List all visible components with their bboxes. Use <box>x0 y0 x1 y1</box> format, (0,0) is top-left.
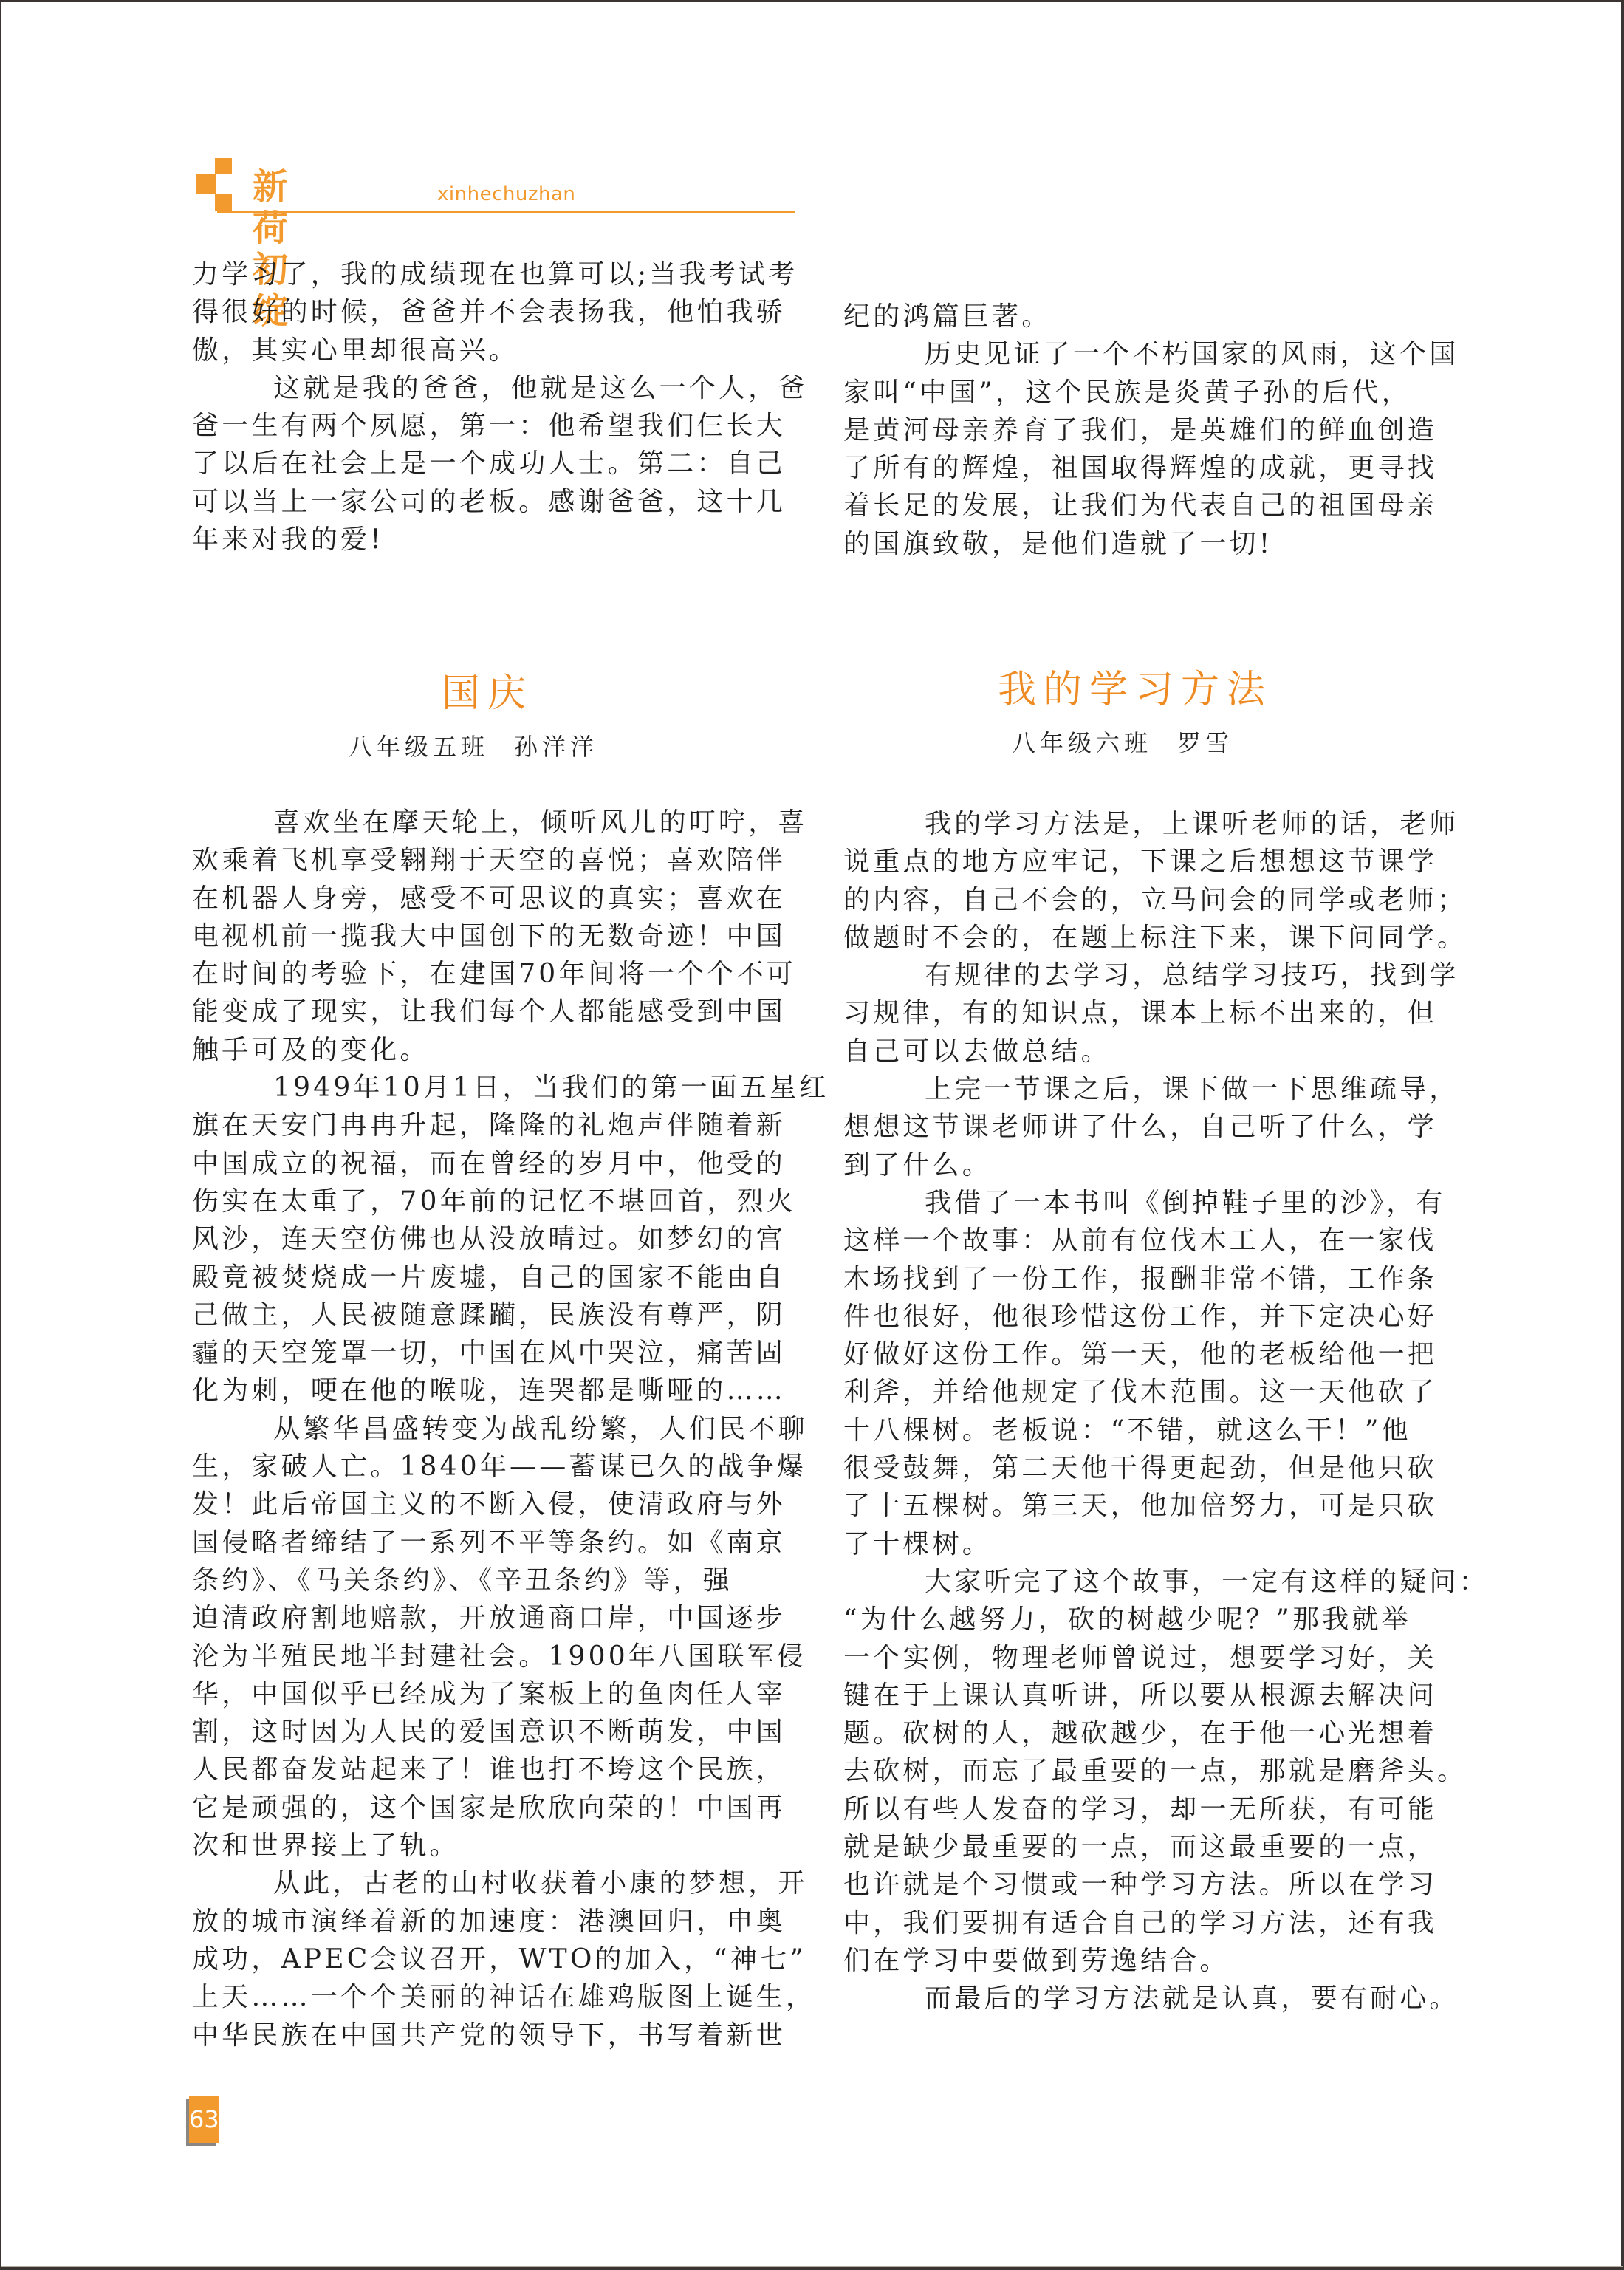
text-line: 有规律的去学习，总结学习技巧，找到学 <box>843 957 1456 994</box>
text-line: 所以有些人发奋的学习，却一无所获，有可能 <box>843 1791 1456 1828</box>
text-line: 欢乘着飞机享受翱翔于天空的喜悦；喜欢陪伴 <box>192 841 798 879</box>
text-line: 从繁华昌盛转变为战乱纷繁，人们民不聊 <box>192 1410 798 1448</box>
text-line: 历史见证了一个不朽国家的风雨，这个国 <box>843 335 1456 373</box>
header-underline <box>217 211 795 213</box>
text-line: 国侵略者缔结了一系列不平等条约。如《南京 <box>192 1524 798 1562</box>
text-line: 人民都奋发站起来了！谁也打不垮这个民族， <box>192 1751 798 1788</box>
text-line: 成功，APEC会议召开，WTO的加入，“神七” <box>192 1941 798 1978</box>
text-line: 是黄河母亲养育了我们，是英雄们的鲜血创造 <box>843 411 1456 449</box>
section-pinyin: xinhechuzhan <box>437 183 575 205</box>
text-line: “为什么越努力，砍的树越少呢？”那我就举 <box>843 1601 1456 1638</box>
text-line: 大家听完了这个故事，一定有这样的疑问： <box>843 1563 1456 1601</box>
text-line: 在机器人身旁，感受不可思议的真实；喜欢在 <box>192 880 798 917</box>
text-line: 傲，其实心里却很高兴。 <box>192 332 798 369</box>
text-line: 它是顽强的，这个国家是欣欣向荣的！中国再 <box>192 1789 798 1827</box>
text-line: 发！此后帝国主义的不断入侵，使清政府与外 <box>192 1486 798 1523</box>
text-line: 了十棵树。 <box>843 1525 1456 1563</box>
text-line: 说重点的地方应牢记，下课之后想想这节课学 <box>843 843 1456 881</box>
text-line: 们在学习中要做到劳逸结合。 <box>843 1942 1456 1980</box>
text-line: 爸一生有两个夙愿，第一：他希望我们仨长大 <box>192 407 798 445</box>
text-line: 我的学习方法是，上课听老师的话，老师 <box>843 805 1456 843</box>
article-title-guoqing: 国庆 <box>442 662 533 717</box>
text-line: 去砍树，而忘了最重要的一点，那就是磨斧头。 <box>843 1752 1456 1790</box>
text-line: 旗在天安门冉冉升起，隆隆的礼炮声伴随着新 <box>192 1107 798 1144</box>
text-line: 自己可以去做总结。 <box>843 1033 1456 1070</box>
text-line: 上天……一个个美丽的神话在雄鸡版图上诞生， <box>192 1978 798 2016</box>
text-line: 件也很好，他很珍惜这份工作，并下定决心好 <box>843 1298 1456 1336</box>
text-line: 力学习了，我的成绩现在也算可以;当我考试考 <box>192 256 798 293</box>
page-number: 63 <box>189 2096 219 2143</box>
text-line: 中华民族在中国共产党的领导下，书写着新世 <box>192 2017 798 2054</box>
text-line: 在时间的考验下，在建国70年间将一个个不可 <box>192 955 798 993</box>
text-line: 我借了一本书叫《倒掉鞋子里的沙》，有 <box>843 1184 1456 1222</box>
text-line: 也许就是个习惯或一种学习方法。所以在学习 <box>843 1866 1456 1904</box>
text-line: 这就是我的爸爸，他就是这么一个人，爸 <box>192 369 798 407</box>
text-line: 化为刺，哽在他的喉咙，连哭都是嘶哑的…… <box>192 1372 798 1409</box>
text-line: 殿竟被焚烧成一片废墟，自己的国家不能由自 <box>192 1259 798 1296</box>
text-line: 而最后的学习方法就是认真，要有耐心。 <box>843 1980 1456 2017</box>
text-line: 家叫“中国”，这个民族是炎黄子孙的后代， <box>843 374 1456 411</box>
text-line: 生，家破人亡。1840年——蓄谋已久的战争爆 <box>192 1448 798 1486</box>
article-body-guoqing: 喜欢坐在摩天轮上，倾听风儿的叮咛，喜 欢乘着飞机享受翱翔于天空的喜悦；喜欢陪伴 … <box>192 804 798 2054</box>
text-line: 了所有的辉煌，祖国取得辉煌的成就，更寻找 <box>843 449 1456 487</box>
text-line: 1949年10月1日，当我们的第一面五星红 <box>192 1069 798 1107</box>
text-line: 就是缺少最重要的一点，而这最重要的一点， <box>843 1828 1456 1866</box>
text-line: 好做好这份工作。第一天，他的老板给他一把 <box>843 1336 1456 1373</box>
text-line: 沦为半殖民地半封建社会。1900年八国联军侵 <box>192 1638 798 1675</box>
text-line: 伤实在太重了，70年前的记忆不堪回首，烈火 <box>192 1183 798 1220</box>
text-line: 的国旗致敬，是他们造就了一切! <box>843 525 1456 563</box>
text-line: 这样一个故事：从前有位伐木工人，在一家伐 <box>843 1222 1456 1259</box>
text-line: 从此，古老的山村收获着小康的梦想，开 <box>192 1864 798 1902</box>
text-line: 利斧，并给他规定了伐木范围。这一天他砍了 <box>843 1373 1456 1411</box>
text-line: 想想这节课老师讲了什么，自己听了什么，学 <box>843 1108 1456 1146</box>
text-line: 纪的鸿篇巨著。 <box>843 298 1456 335</box>
logo-square-top <box>215 158 232 174</box>
article-title-xuexi: 我的学习方法 <box>998 658 1272 714</box>
text-line: 木场找到了一份工作，报酬非常不错，工作条 <box>843 1260 1456 1298</box>
text-line: 迫清政府割地赔款，开放通商口岸，中国逐步 <box>192 1599 798 1637</box>
byline-author: 孙洋洋 <box>514 733 598 761</box>
text-line: 可以当上一家公司的老板。感谢爸爸，这十几 <box>192 483 798 521</box>
text-line: 着长足的发展，让我们为代表自己的祖国母亲 <box>843 487 1456 524</box>
text-line: 放的城市演绎着新的加速度：港澳回归，申奥 <box>192 1903 798 1941</box>
text-line: 霾的天空笼罩一切，中国在风中哭泣，痛苦固 <box>192 1334 798 1372</box>
text-line: 喜欢坐在摩天轮上，倾听风儿的叮咛，喜 <box>192 804 798 841</box>
text-line: 风沙，连天空仿佛也从没放晴过。如梦幻的宫 <box>192 1220 798 1258</box>
text-line: 做题时不会的，在题上标注下来，课下问同学。 <box>843 919 1456 957</box>
text-line: 很受鼓舞，第二天他干得更起劲，但是他只砍 <box>843 1449 1456 1487</box>
text-line: 了十五棵树。第三天，他加倍努力，可是只砍 <box>843 1487 1456 1525</box>
text-line: 习规律，有的知识点，课本上标不出来的，但 <box>843 994 1456 1032</box>
text-line: 条约》、《马关条约》、《辛丑条约》等，强 <box>192 1562 798 1599</box>
article-body-xuexi: 我的学习方法是，上课听老师的话，老师 说重点的地方应牢记，下课之后想想这节课学 … <box>843 805 1456 2018</box>
byline-class: 八年级五班 <box>349 733 489 761</box>
text-line: 了以后在社会上是一个成功人士。第二：自己 <box>192 445 798 482</box>
text-line: 上完一节课之后，课下做一下思维疏导， <box>843 1070 1456 1108</box>
text-line: 十八棵树。老板说：“不错，就这么干！”他 <box>843 1412 1456 1449</box>
text-line: 触手可及的变化。 <box>192 1031 798 1069</box>
text-line: 华，中国似乎已经成为了案板上的鱼肉任人宰 <box>192 1675 798 1713</box>
text-line: 己做主，人民被随意蹂躏，民族没有尊严，阴 <box>192 1296 798 1334</box>
text-line: 次和世界接上了轨。 <box>192 1827 798 1864</box>
text-line: 电视机前一揽我大中国创下的无数奇迹！中国 <box>192 917 798 955</box>
prev-article-left-column: 力学习了，我的成绩现在也算可以;当我考试考 得很好的时候，爸爸并不会表扬我，他怕… <box>192 256 798 558</box>
text-line: 键在于上课认真听讲，所以要从根源去解决问 <box>843 1677 1456 1715</box>
byline-author: 罗雪 <box>1177 729 1233 757</box>
text-line: 一个实例，物理老师曾说过，想要学习好，关 <box>843 1639 1456 1677</box>
logo-square-bottom <box>215 194 232 211</box>
text-line: 题。砍树的人，越砍越少，在于他一心光想着 <box>843 1715 1456 1752</box>
text-line: 的内容，自己不会的，立马问会的同学或老师； <box>843 881 1456 919</box>
text-line: 得很好的时候，爸爸并不会表扬我，他怕我骄 <box>192 293 798 331</box>
byline-class: 八年级六班 <box>1012 729 1152 757</box>
text-line: 能变成了现实，让我们每个人都能感受到中国 <box>192 993 798 1030</box>
article-byline-guoqing: 八年级五班孙洋洋 <box>349 728 598 762</box>
text-line: 到了什么。 <box>843 1146 1456 1184</box>
text-line: 年来对我的爱! <box>192 521 798 558</box>
page-edge <box>1 2266 1623 2267</box>
prev-article-right-column: 纪的鸿篇巨著。 历史见证了一个不朽国家的风雨，这个国 家叫“中国”，这个民族是炎… <box>843 298 1456 563</box>
logo-square-left <box>196 174 216 194</box>
article-byline-xuexi: 八年级六班罗雪 <box>1012 725 1233 759</box>
magazine-page: 新荷初绽 xinhechuzhan 力学习了，我的成绩现在也算可以;当我考试考 … <box>1 2 1621 2267</box>
text-line: 割，这时因为人民的爱国意识不断萌发，中国 <box>192 1713 798 1751</box>
text-line: 中，我们要拥有适合自己的学习方法，还有我 <box>843 1904 1456 1942</box>
text-line: 中国成立的祝福，而在曾经的岁月中，他受的 <box>192 1145 798 1183</box>
